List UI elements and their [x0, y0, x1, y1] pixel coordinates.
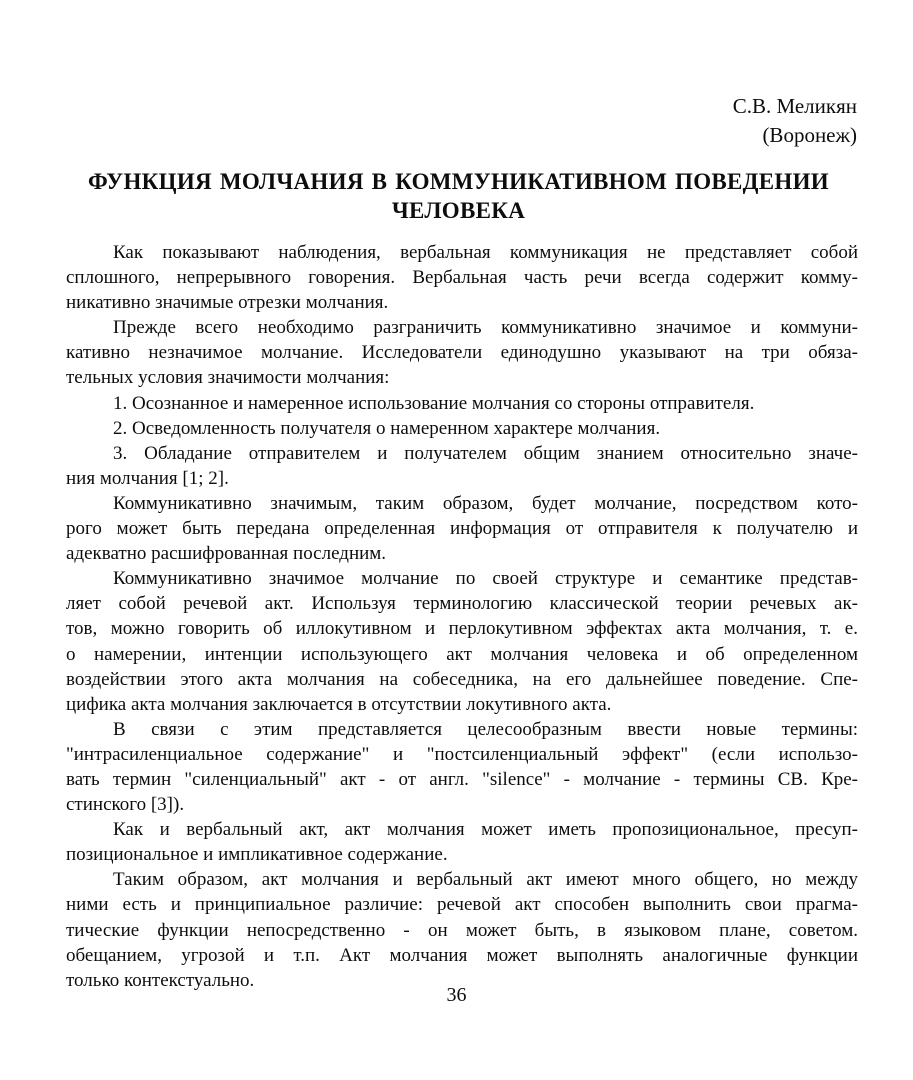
text-line: воздействии этого акта молчания на собес… — [66, 667, 858, 692]
text-line: В связи с этим представляется целесообра… — [66, 717, 858, 742]
article-title: ФУНКЦИЯ МОЛЧАНИЯ В КОММУНИКАТИВНОМ ПОВЕД… — [88, 167, 829, 225]
title-line-1: ФУНКЦИЯ МОЛЧАНИЯ В КОММУНИКАТИВНОМ ПОВЕД… — [88, 167, 829, 196]
list-item-line: 1. Осознанное и намеренное использование… — [66, 391, 858, 416]
text-line: Коммуникативно значимым, таким образом, … — [66, 491, 858, 516]
text-line: вать термин "силенциальный" акт - от анг… — [66, 767, 858, 792]
page-number: 36 — [0, 984, 913, 1007]
text-line: Таким образом, акт молчания и вербальный… — [66, 867, 858, 892]
text-line: ляет собой речевой акт. Используя термин… — [66, 591, 858, 616]
text-line: "интрасиленциальное содержание" и "постс… — [66, 742, 858, 767]
title-line-2: ЧЕЛОВЕКА — [88, 196, 829, 225]
text-line: Коммуникативно значимое молчание по свое… — [66, 566, 858, 591]
text-line: тические функции непосредственно - он мо… — [66, 918, 858, 943]
article-body: Как показывают наблюдения, вербальная ко… — [66, 240, 858, 993]
text-line: Как и вербальный акт, акт молчания может… — [66, 817, 858, 842]
author-name: С.В. Меликян — [733, 92, 857, 121]
text-line: тов, можно говорить об иллокутивном и пе… — [66, 616, 858, 641]
list-item-line: 3. Обладание отправителем и получателем … — [66, 441, 858, 466]
text-line: никативно значимые отрезки молчания. — [66, 290, 858, 315]
author-city: (Воронеж) — [733, 121, 857, 150]
text-line: рого может быть передана определенная ин… — [66, 516, 858, 541]
document-page: С.В. Меликян (Воронеж) ФУНКЦИЯ МОЛЧАНИЯ … — [0, 0, 913, 1080]
text-line: тельных условия значимости молчания: — [66, 365, 858, 390]
text-line: ними есть и принципиальное различие: реч… — [66, 892, 858, 917]
text-line: цифика акта молчания заключается в отсут… — [66, 692, 858, 717]
list-item-line: 2. Осведомленность получателя о намеренн… — [66, 416, 858, 441]
text-line: кативно незначимое молчание. Исследовате… — [66, 340, 858, 365]
list-item-line: ния молчания [1; 2]. — [66, 466, 858, 491]
text-line: сплошного, непрерывного говорения. Верба… — [66, 265, 858, 290]
text-line: адекватно расшифрованная последним. — [66, 541, 858, 566]
author-block: С.В. Меликян (Воронеж) — [733, 92, 857, 150]
text-line: стинского [3]). — [66, 792, 858, 817]
text-line: позициональное и импликативное содержани… — [66, 842, 858, 867]
text-line: обещанием, угрозой и т.п. Акт молчания м… — [66, 943, 858, 968]
text-line: Прежде всего необходимо разграничить ком… — [66, 315, 858, 340]
text-line: Как показывают наблюдения, вербальная ко… — [66, 240, 858, 265]
text-line: о намерении, интенции использующего акт … — [66, 642, 858, 667]
